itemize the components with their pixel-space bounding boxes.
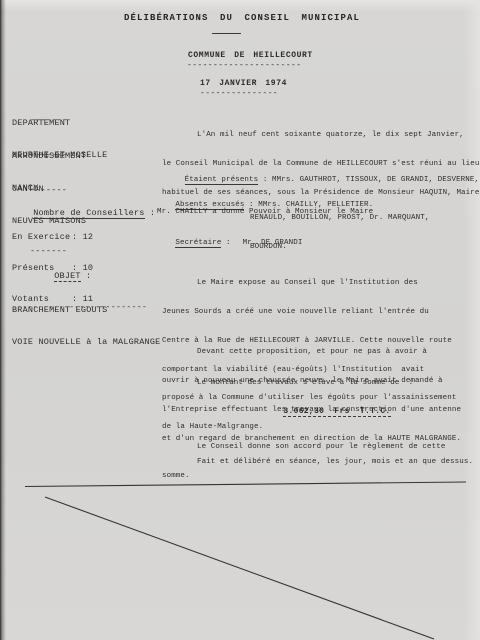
secretaire-value: Mr. DE GRANDI	[243, 239, 303, 247]
title-underline	[212, 33, 241, 34]
objet-colon: :	[81, 271, 92, 281]
sidebar-separator: -------	[30, 185, 67, 196]
secretaire-block: Secrétaire :Mr. DE GRANDI	[157, 229, 302, 258]
secretaire-colon: :	[221, 239, 230, 247]
sidebar-separator: -------	[30, 246, 67, 257]
objet-underline: --------------------------	[12, 303, 147, 312]
presents-names: : MMrs. GAUTHROT, TISSOUX, DE GRANDI, DE…	[258, 176, 479, 184]
paragraph-line: Jeunes Sourds a créé une voie nouvelle r…	[162, 308, 456, 318]
paragraph-line: Le Maire expose au Conseil que l'Institu…	[197, 279, 456, 289]
paragraph-line: L'An mil neuf cent soixante quatorze, le…	[197, 131, 480, 141]
count-value: : 12	[72, 232, 93, 242]
objet-line: VOIE NOUVELLE à la MALGRANGE	[12, 337, 160, 348]
secretaire-label: Secrétaire	[175, 239, 221, 249]
amount-value: 3.062,30 Frs T.T.C.	[283, 407, 390, 418]
conseillers-colon: :	[145, 208, 156, 218]
diagonal-cancel-stroke	[45, 497, 434, 639]
commune-heading: COMMUNE DE HEILLECOURT	[188, 51, 313, 60]
commune-underline: ----------------------	[187, 61, 301, 70]
objet-block: BRANCHEMENT EGOUTS VOIE NOUVELLE à la MA…	[12, 284, 160, 368]
closing-line: Fait et délibéré en séance, les jour, mo…	[197, 458, 473, 468]
paragraph-line: Devant cette proposition, et pour ne pas…	[197, 348, 461, 358]
paragraph-line: somme.	[162, 472, 445, 482]
presents-label: Étaient présents	[185, 176, 259, 186]
paragraph-line: Le Conseil donne son accord pour le règl…	[197, 443, 445, 453]
objet-label: OBJET	[54, 271, 81, 283]
document-title: DÉLIBÉRATIONS DU CONSEIL MUNICIPAL	[124, 13, 360, 23]
montant-line: Le montant des travaux s'élève à la somm…	[197, 379, 413, 389]
date-underline: ---------------	[200, 89, 278, 98]
session-date: 17 JANVIER 1974	[200, 79, 287, 88]
count-label: En Exercice	[12, 232, 72, 242]
sidebar-separator: -------	[30, 150, 67, 161]
pouvoir-line: Mr. CHAILLY a donné Pouvoir à Monsieur l…	[157, 208, 373, 218]
count-row: En Exercice : 12	[12, 232, 93, 242]
sidebar-separator: -------	[30, 115, 67, 126]
document-page: DÉLIBÉRATIONS DU CONSEIL MUNICIPAL COMMU…	[0, 0, 480, 640]
